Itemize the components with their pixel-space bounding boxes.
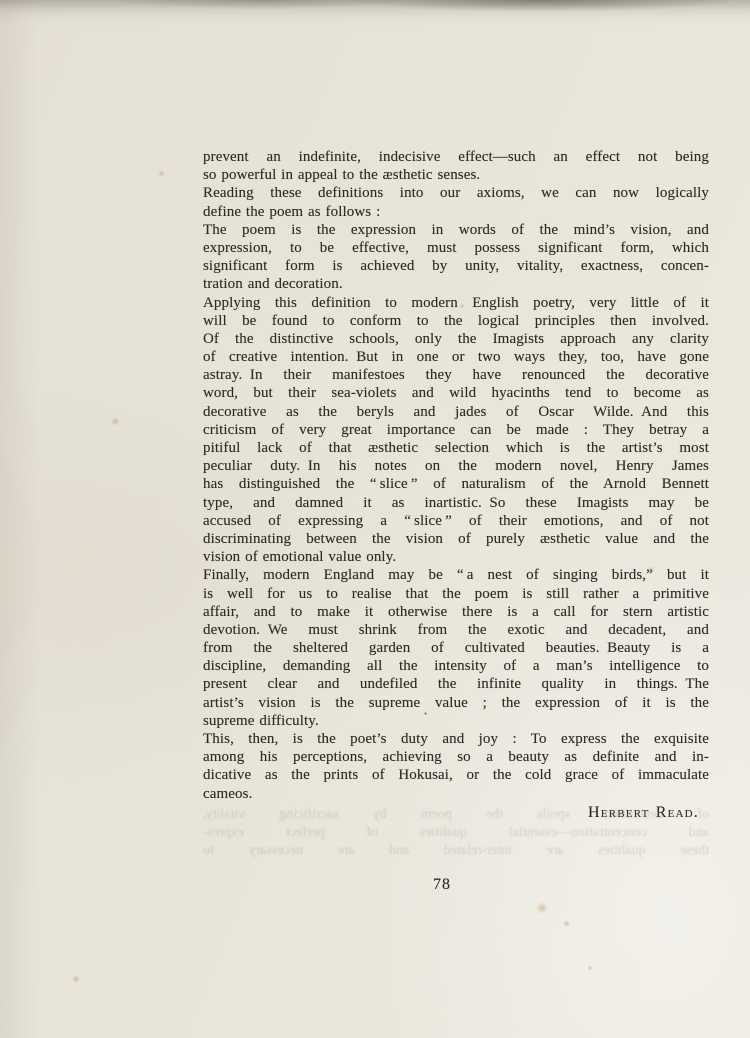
- text-line: expression, to be effective, must posses…: [203, 239, 709, 257]
- ink-dot: [424, 712, 427, 715]
- page: prevent an indefinite, indecisive effect…: [0, 0, 750, 1038]
- text-line: present clear and undefiled the infinite…: [203, 675, 709, 693]
- text-line: astray. In their manifestoes they have r…: [203, 366, 709, 384]
- text-line: accused of expressing a “ slice ” of the…: [203, 512, 709, 530]
- page-number: 78: [203, 876, 681, 894]
- foxing-spot: [158, 170, 165, 177]
- foxing-spot: [536, 902, 548, 914]
- page-left-edge-shading: [0, 0, 40, 1038]
- foxing-spot: [647, 566, 655, 574]
- text-line: cameos.: [203, 785, 709, 803]
- text-line: has distinguished the “ slice ” of natur…: [203, 475, 709, 493]
- text-line: define the poem as follows :: [203, 203, 709, 221]
- show-through-line: of decoration spoils the poem by sacrifi…: [203, 806, 709, 824]
- text-line: devotion. We must shrink from the exotic…: [203, 621, 709, 639]
- text-line: peculiar duty. In his notes on the moder…: [203, 457, 709, 475]
- foxing-spot: [563, 920, 570, 927]
- book-page-scan: { "doc": { "description": "Scanned book …: [0, 0, 750, 1038]
- foxing-spot: [72, 975, 80, 983]
- text-line: discipline, demanding all the intensity …: [203, 657, 709, 675]
- page-top-edge-shadow: [0, 0, 750, 30]
- text-line: tration and decoration.: [203, 275, 709, 293]
- text-line: of creative intention. But in one or two…: [203, 348, 709, 366]
- text-line: decorative as the beryls and jades of Os…: [203, 403, 709, 421]
- text-line: The poem is the expression in words of t…: [203, 221, 709, 239]
- text-line: so powerful in appeal to the æsthetic se…: [203, 166, 709, 184]
- text-line: word, but their sea-violets and wild hya…: [203, 384, 709, 402]
- text-line: prevent an indefinite, indecisive effect…: [203, 148, 709, 166]
- text-line: dicative as the prints of Hokusai, or th…: [203, 766, 709, 784]
- show-through-text: of decoration spoils the poem by sacrifi…: [203, 806, 709, 860]
- text-line: vision of emotional value only.: [203, 548, 709, 566]
- text-line: significant form is achieved by unity, v…: [203, 257, 709, 275]
- text-line: will be found to conform to the logical …: [203, 312, 709, 330]
- text-block: prevent an indefinite, indecisive effect…: [203, 148, 709, 822]
- foxing-spot: [459, 303, 465, 309]
- text-line: from the sheltered garden of cultivated …: [203, 639, 709, 657]
- text-line: Of the distinctive schools, only the Ima…: [203, 330, 709, 348]
- text-line: pitiful lack of that æsthetic selection …: [203, 439, 709, 457]
- text-line: discriminating between the vision of pur…: [203, 530, 709, 548]
- text-line: supreme difficulty.: [203, 712, 709, 730]
- text-line: Applying this definition to modern Engli…: [203, 294, 709, 312]
- show-through-line: these qualities are inter-related and ar…: [203, 842, 709, 860]
- foxing-spot: [587, 965, 593, 971]
- text-line: Reading these definitions into our axiom…: [203, 184, 709, 202]
- text-line: This, then, is the poet’s duty and joy :…: [203, 730, 709, 748]
- text-line: criticism of very great importance can b…: [203, 421, 709, 439]
- foxing-spot: [111, 417, 120, 426]
- text-line: type, and damned it as inartistic. So th…: [203, 494, 709, 512]
- text-line: artist’s vision is the supreme value ; t…: [203, 694, 709, 712]
- text-line: is well for us to realise that the poem …: [203, 585, 709, 603]
- text-line: Finally, modern England may be “ a nest …: [203, 566, 709, 584]
- show-through-line: and concentration—essential qualities of…: [203, 824, 709, 842]
- text-line: affair, and to make it otherwise there i…: [203, 603, 709, 621]
- text-line: among his perceptions, achieving so a be…: [203, 748, 709, 766]
